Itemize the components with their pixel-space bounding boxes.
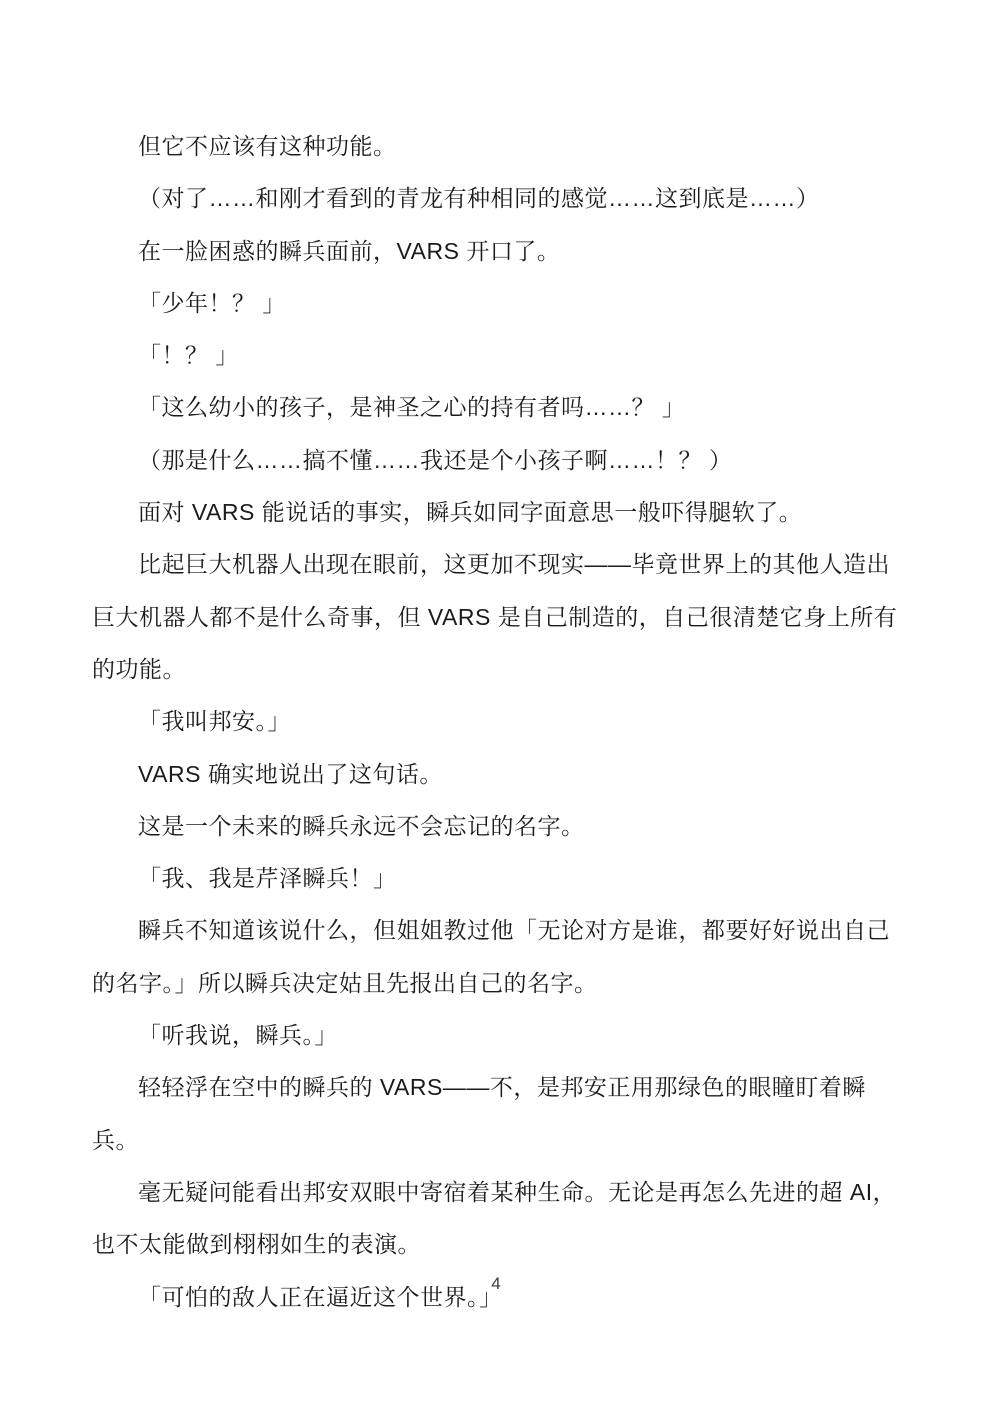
paragraph: 比起巨大机器人出现在眼前，这更加不现实——毕竟世界上的其他人造出巨大机器人都不是…	[92, 538, 912, 695]
paragraph: （对了……和刚才看到的青龙有种相同的感觉……这到底是……）	[92, 172, 912, 224]
page-number: 4	[0, 1272, 992, 1296]
paragraph: VARS 确实地说出了这句话。	[92, 748, 912, 800]
document-page: 但它不应该有这种功能。（对了……和刚才看到的青龙有种相同的感觉……这到底是……）…	[0, 0, 992, 1402]
paragraph: 「这么幼小的孩子，是神圣之心的持有者吗……？ 」	[92, 381, 912, 433]
paragraph: 「！？ 」	[92, 329, 912, 381]
paragraph: 瞬兵不知道该说什么，但姐姐教过他「无论对方是谁，都要好好说出自己的名字。」所以瞬…	[92, 904, 912, 1009]
paragraph: 「少年！？ 」	[92, 277, 912, 329]
paragraph: 轻轻浮在空中的瞬兵的 VARS——不，是邦安正用那绿色的眼瞳盯着瞬兵。	[92, 1061, 912, 1166]
paragraph: （那是什么……搞不懂……我还是个小孩子啊……！？ ）	[92, 434, 912, 486]
paragraph: 「我、我是芹泽瞬兵！」	[92, 852, 912, 904]
paragraph: 这是一个未来的瞬兵永远不会忘记的名字。	[92, 800, 912, 852]
paragraph: 「我叫邦安。」	[92, 695, 912, 747]
paragraph: 「听我说，瞬兵。」	[92, 1009, 912, 1061]
paragraph: 在一脸困惑的瞬兵面前，VARS 开口了。	[92, 225, 912, 277]
paragraph: 面对 VARS 能说话的事实，瞬兵如同字面意思一般吓得腿软了。	[92, 486, 912, 538]
paragraph: 毫无疑问能看出邦安双眼中寄宿着某种生命。无论是再怎么先进的超 AI，也不太能做到…	[92, 1166, 912, 1271]
paragraph: 但它不应该有这种功能。	[92, 120, 912, 172]
novel-text-body: 但它不应该有这种功能。（对了……和刚才看到的青龙有种相同的感觉……这到底是……）…	[92, 120, 912, 1323]
